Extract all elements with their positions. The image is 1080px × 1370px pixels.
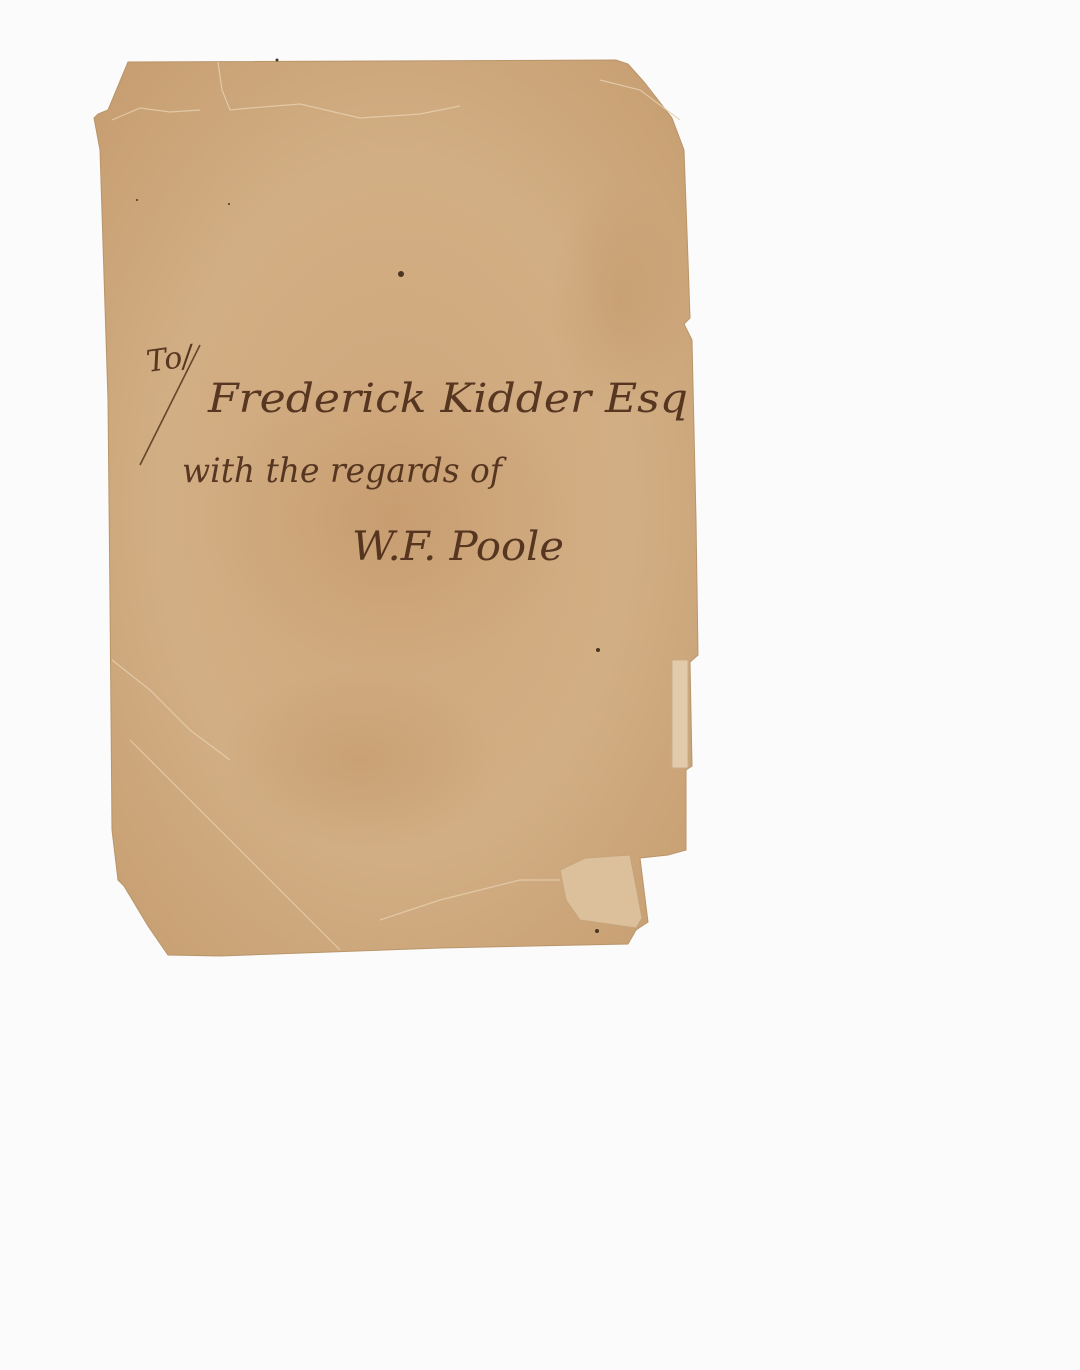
signature-text: W.F. Poole — [352, 524, 564, 570]
tape-strip — [672, 660, 688, 768]
scanned-paper-slip: To/ Frederick Kidder Esq with the regard… — [0, 0, 1080, 1370]
age-stain — [220, 670, 500, 850]
recipient-text: Frederick Kidder Esq — [207, 376, 688, 422]
salutation-text: To/ — [144, 338, 197, 379]
message-text: with the regards of — [182, 451, 507, 491]
